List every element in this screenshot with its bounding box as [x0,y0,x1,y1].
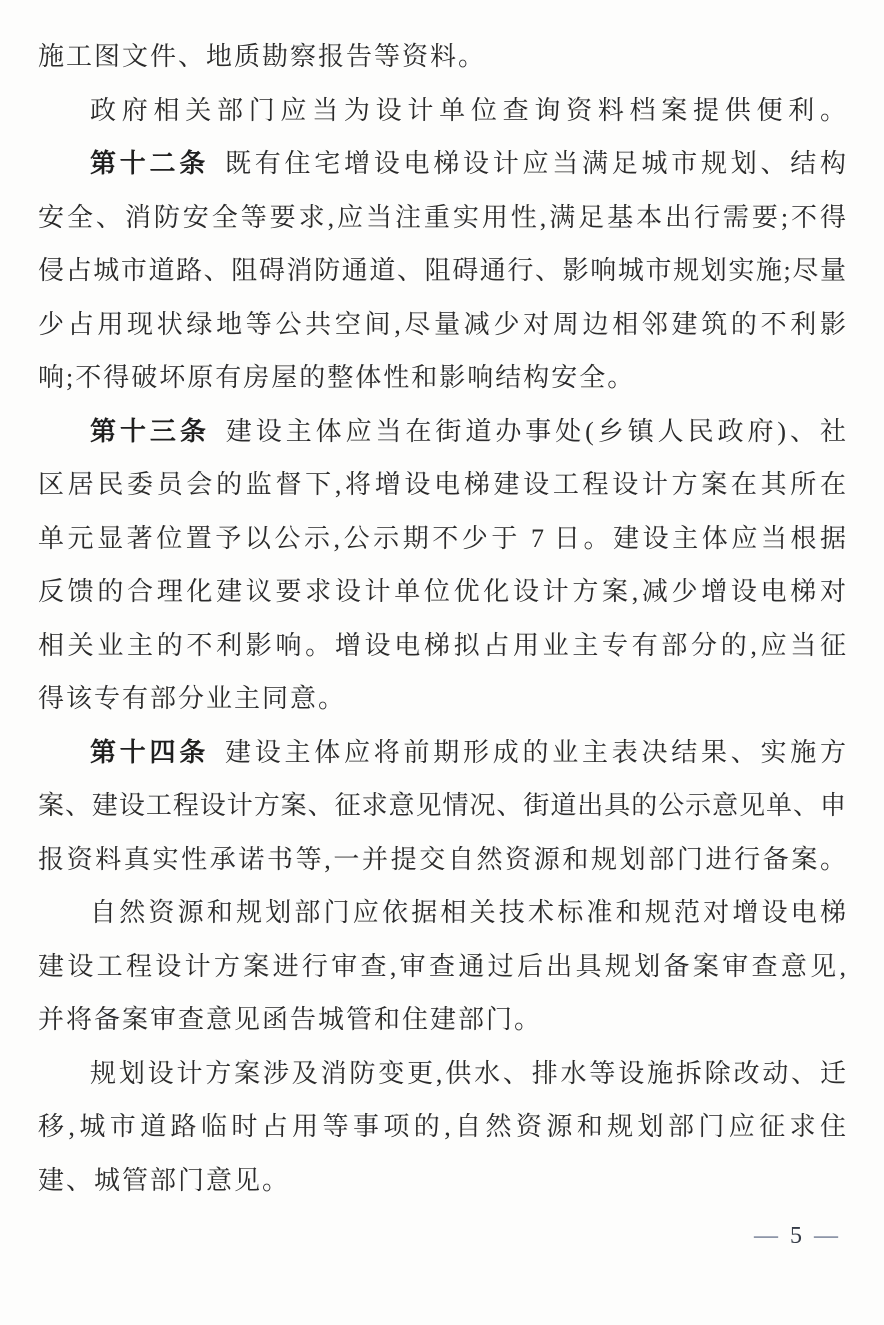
page-number-dash-left: — [754,1223,778,1249]
page-number-dash-right: — [814,1223,838,1249]
text-line: 施工图文件、地质勘察报告等资料。 [38,30,846,84]
article-number: 第十四条 [90,738,225,767]
text-line: 自然资源和规划部门应依据相关技术标准和规范对增设电梯 [38,886,846,940]
line-text: 建设主体应当在街道办事处(乡镇人民政府)、社 [226,417,846,446]
body-text: 施工图文件、地质勘察报告等资料。政府相关部门应当为设计单位查询资料档案提供便利。… [38,30,846,1207]
text-line: 侵占城市道路、阻碍消防通道、阻碍通行、影响城市规划实施;尽量 [38,244,846,298]
text-line: 得该专有部分业主同意。 [38,672,846,726]
text-line: 规划设计方案涉及消防变更,供水、排水等设施拆除改动、迁 [38,1047,846,1101]
text-line: 响;不得破坏原有房屋的整体性和影响结构安全。 [38,351,846,405]
line-text: 建设主体应将前期形成的业主表决结果、实施方 [225,738,846,767]
text-line: 建设工程设计方案进行审查,审查通过后出具规划备案审查意见, [38,940,846,994]
text-line: 移,城市道路临时占用等事项的,自然资源和规划部门应征求住 [38,1100,846,1154]
text-line: 并将备案审查意见函告城管和住建部门。 [38,993,846,1047]
text-line: 政府相关部门应当为设计单位查询资料档案提供便利。 [38,84,846,138]
article-heading-line: 第十四条建设主体应将前期形成的业主表决结果、实施方 [38,726,846,780]
text-line: 少占用现状绿地等公共空间,尽量减少对周边相邻建筑的不利影 [38,298,846,352]
document-page: 施工图文件、地质勘察报告等资料。政府相关部门应当为设计单位查询资料档案提供便利。… [0,0,884,1325]
text-line: 区居民委员会的监督下,将增设电梯建设工程设计方案在其所在 [38,458,846,512]
text-line: 反馈的合理化建议要求设计单位优化设计方案,减少增设电梯对 [38,565,846,619]
text-line: 相关业主的不利影响。增设电梯拟占用业主专有部分的,应当征 [38,619,846,673]
page-number-value: 5 [790,1223,802,1249]
text-line: 安全、消防安全等要求,应当注重实用性,满足基本出行需要;不得 [38,191,846,245]
article-heading-line: 第十三条建设主体应当在街道办事处(乡镇人民政府)、社 [38,405,846,459]
article-number: 第十三条 [90,417,226,446]
text-line: 报资料真实性承诺书等,一并提交自然资源和规划部门进行备案。 [38,833,846,887]
page-number: —5— [754,1216,838,1256]
text-line: 建、城管部门意见。 [38,1154,846,1208]
line-text: 既有住宅增设电梯设计应当满足城市规划、结构 [225,149,846,178]
text-line: 案、建设工程设计方案、征求意见情况、街道出具的公示意见单、申 [38,779,846,833]
text-line: 单元显著位置予以公示,公示期不少于 7 日。建设主体应当根据 [38,512,846,566]
article-number: 第十二条 [90,149,225,178]
article-heading-line: 第十二条既有住宅增设电梯设计应当满足城市规划、结构 [38,137,846,191]
